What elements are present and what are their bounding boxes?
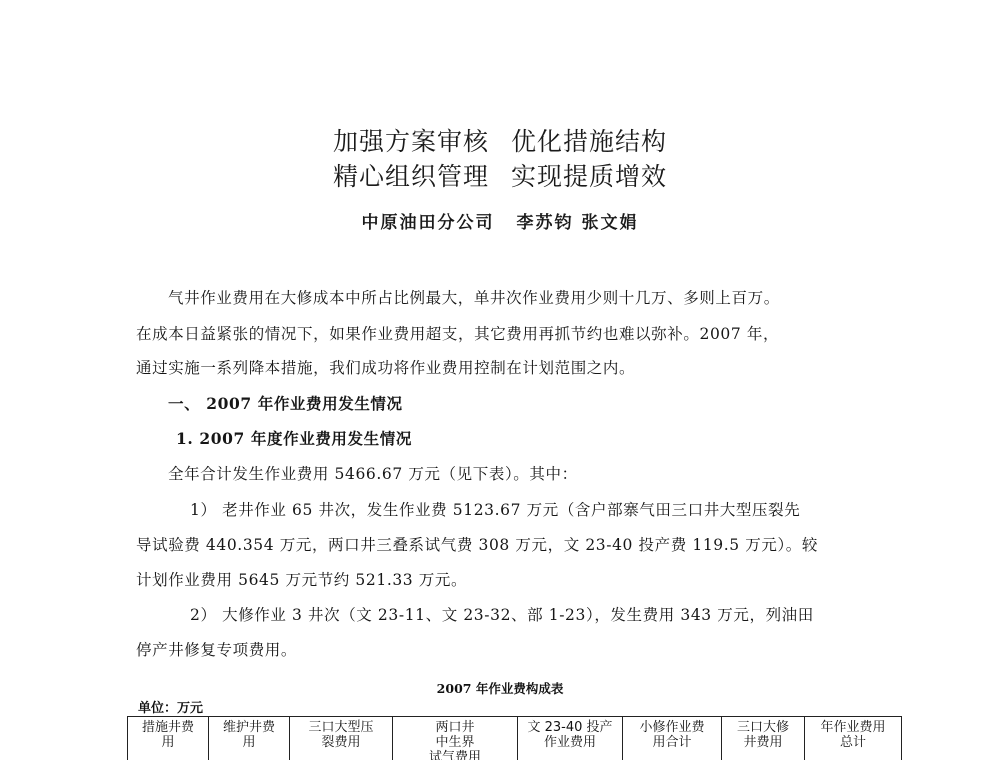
header-text: 小修作业费: [639, 720, 704, 735]
item2-line: 2） 大修作业 3 井次（文 23-11、文 23-32、部 1-23），发生费…: [190, 603, 814, 625]
table-unit-label: 单位：万元: [138, 697, 203, 716]
cost-structure-table: 措施井费用 维护井费用 三口大型压裂费用 两口井中生界试气费用 文 23-40 …: [127, 716, 902, 760]
header-text: 用: [161, 735, 174, 750]
header-text: 总计: [840, 735, 866, 750]
header-text: 中生界: [435, 735, 474, 750]
header-text: 试气费用: [429, 750, 481, 760]
author-line: 中原油田分公司李苏钧 张文娟: [0, 208, 1000, 233]
title-phrase: 实现提质增效: [511, 162, 667, 191]
subsection-heading: 1. 2007 年度作业费用发生情况: [176, 427, 412, 449]
intro-paragraph-line: 气井作业费用在大修成本中所占比例最大，单井次作业费用少则十几万、多则上百万。: [168, 286, 780, 308]
column-header: 文 23-40 投产作业费用: [518, 717, 623, 760]
intro-paragraph-line: 在成本日益紧张的情况下，如果作业费用超支，其它费用再抓节约也难以弥补。2007 …: [136, 322, 779, 344]
title-phrase: 优化措施结构: [511, 127, 667, 156]
column-header: 三口大修井费用: [722, 717, 805, 760]
title-phrase: 精心组织管理: [333, 162, 489, 191]
header-text: 措施井费: [142, 720, 194, 735]
title-line-1: 加强方案审核优化措施结构: [0, 122, 1000, 158]
table-header-row: 措施井费用 维护井费用 三口大型压裂费用 两口井中生界试气费用 文 23-40 …: [128, 717, 902, 760]
header-text: 两口井: [435, 720, 474, 735]
column-header: 两口井中生界试气费用: [393, 717, 518, 760]
section-heading: 一、 2007 年作业费用发生情况: [168, 392, 403, 414]
author-organization: 中原油田分公司: [362, 213, 495, 233]
author-names: 李苏钧 张文娟: [517, 213, 639, 233]
column-header: 三口大型压裂费用: [290, 717, 393, 760]
summary-line: 全年合计发生作业费用 5466.67 万元（见下表）。其中：: [168, 462, 578, 484]
header-text: 用: [242, 735, 255, 750]
header-text: 三口大型压: [308, 720, 373, 735]
item2-line: 停产井修复专项费用。: [136, 638, 297, 660]
header-text: 年作业费用: [820, 720, 885, 735]
table-caption: 2007 年作业费构成表: [0, 679, 1000, 697]
column-header: 年作业费用总计: [805, 717, 902, 760]
header-text: 维护井费: [223, 720, 275, 735]
header-text: 文 23-40 投产: [527, 720, 612, 735]
column-header: 小修作业费用合计: [623, 717, 722, 760]
item1-line: 1） 老井作业 65 井次，发生作业费 5123.67 万元（含户部寨气田三口井…: [190, 498, 800, 520]
column-header: 措施井费用: [128, 717, 209, 760]
title-phrase: 加强方案审核: [333, 127, 489, 156]
header-text: 作业费用: [544, 735, 596, 750]
header-text: 用合计: [652, 735, 691, 750]
item1-line: 计划作业费用 5645 万元节约 521.33 万元。: [136, 568, 467, 590]
title-line-2: 精心组织管理实现提质增效: [0, 157, 1000, 193]
header-text: 井费用: [743, 735, 782, 750]
header-text: 裂费用: [321, 735, 360, 750]
column-header: 维护井费用: [209, 717, 290, 760]
intro-paragraph-line: 通过实施一系列降本措施，我们成功将作业费用控制在计划范围之内。: [136, 356, 635, 378]
item1-line: 导试验费 440.354 万元，两口井三叠系试气费 308 万元，文 23-40…: [136, 533, 818, 555]
header-text: 三口大修: [737, 720, 789, 735]
document-page: 加强方案审核优化措施结构 精心组织管理实现提质增效 中原油田分公司李苏钧 张文娟…: [0, 0, 1000, 760]
